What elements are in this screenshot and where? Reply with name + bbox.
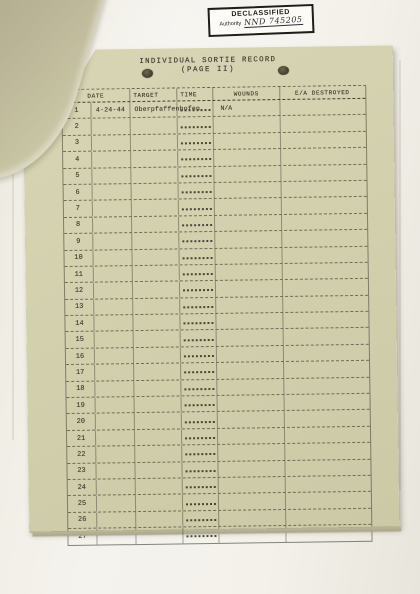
cell-target <box>132 183 179 199</box>
cell-ea <box>281 132 365 149</box>
cell-time <box>180 298 216 314</box>
cell-ea <box>282 246 366 263</box>
cell-time <box>181 363 217 379</box>
cell-target <box>135 413 182 429</box>
column-header: TIME <box>177 88 213 101</box>
cell-time <box>183 511 219 527</box>
cell-wounds <box>218 428 285 444</box>
cell-ea <box>282 214 366 231</box>
cell-date <box>96 397 135 413</box>
table-body: 14-24-44OberpfaffenhofenN/A2345678910111… <box>62 99 371 545</box>
cell-target <box>131 151 178 167</box>
cell-target <box>133 265 180 281</box>
cell-time <box>180 281 216 297</box>
ditto-dash-mark <box>181 142 211 144</box>
cell-time <box>179 232 215 248</box>
cell-ea <box>285 459 369 476</box>
cell-wounds <box>215 182 282 198</box>
cell-target <box>136 511 183 527</box>
page-edge-shadow <box>399 60 401 490</box>
cell-date: 4-24-44 <box>91 102 130 118</box>
cell-time <box>183 527 219 543</box>
cell-time <box>179 199 215 215</box>
ditto-dash-mark <box>183 273 213 275</box>
cell-time <box>182 412 218 428</box>
ditto-dash-mark <box>183 289 213 291</box>
ditto-dash-mark <box>184 371 214 373</box>
cell-target <box>132 249 179 265</box>
cell-ea <box>280 99 364 116</box>
cell-num: 22 <box>67 447 96 463</box>
cell-ea <box>286 476 370 493</box>
cell-wounds <box>217 379 284 395</box>
cell-date <box>96 463 135 479</box>
cell-wounds <box>215 231 282 247</box>
cell-wounds <box>219 526 286 542</box>
cell-ea <box>283 296 367 313</box>
cell-num: 20 <box>67 414 96 430</box>
ditto-dash-mark <box>184 388 214 390</box>
cell-num: 26 <box>68 512 97 528</box>
cell-date <box>94 266 133 282</box>
column-header: WOUNDS <box>213 87 280 100</box>
cell-date <box>96 430 135 446</box>
cell-target <box>133 282 180 298</box>
cell-num: 13 <box>65 299 94 315</box>
ditto-dash-mark <box>186 535 216 537</box>
cell-ea <box>285 410 369 427</box>
cell-wounds <box>218 444 285 460</box>
cell-num: 14 <box>65 316 94 332</box>
cell-target <box>134 364 181 380</box>
cell-date <box>95 364 134 380</box>
cell-target <box>135 462 182 478</box>
cell-ea <box>283 279 367 296</box>
table-row: 27 <box>68 525 371 545</box>
cell-wounds <box>219 477 286 493</box>
cell-time <box>180 314 216 330</box>
cell-date <box>97 528 136 544</box>
backing-crease <box>12 140 14 440</box>
cell-ea <box>282 230 366 247</box>
cell-date <box>93 184 132 200</box>
cell-num: 16 <box>66 348 95 364</box>
cell-date <box>93 233 132 249</box>
ditto-dash-mark <box>185 437 215 439</box>
cell-ea <box>281 164 365 181</box>
ditto-dash-mark <box>182 240 212 242</box>
cell-date <box>95 381 134 397</box>
cell-wounds <box>216 280 283 296</box>
cell-num: 2 <box>63 119 92 135</box>
cell-ea <box>285 443 369 460</box>
cell-wounds <box>217 362 284 378</box>
cell-num: 17 <box>66 365 95 381</box>
cell-num: 15 <box>66 332 95 348</box>
cell-time <box>178 134 214 150</box>
ditto-dash-mark <box>183 306 213 308</box>
cell-target <box>133 315 180 331</box>
cell-num: 11 <box>65 267 94 283</box>
cell-target <box>135 446 182 462</box>
cell-num: 4 <box>63 152 92 168</box>
cell-ea <box>281 115 365 132</box>
cell-date <box>97 512 136 528</box>
cell-num: 3 <box>63 135 92 151</box>
cell-time <box>181 380 217 396</box>
cell-num: 24 <box>68 480 97 496</box>
cell-wounds <box>215 248 282 264</box>
cell-time <box>181 347 217 363</box>
cell-wounds <box>218 461 285 477</box>
cell-ea <box>282 181 366 198</box>
sortie-record-table: DATETARGETTIMEWOUNDSE/A DESTROYED 14-24-… <box>61 85 372 546</box>
cell-time <box>179 183 215 199</box>
cell-wounds <box>218 395 285 411</box>
ditto-dash-mark <box>185 421 215 423</box>
cell-num: 7 <box>64 201 93 217</box>
authority-label: Authority <box>219 21 241 28</box>
ditto-dash-mark <box>186 503 216 505</box>
ditto-dash-mark <box>181 158 211 160</box>
cell-ea <box>286 509 370 526</box>
cell-target <box>132 216 179 232</box>
ditto-dash-mark <box>184 339 214 341</box>
cell-time <box>178 167 214 183</box>
ditto-dash-mark <box>183 322 213 324</box>
sortie-record-page: INDIVIDUAL SORTIE RECORD (PAGE II) DATET… <box>23 45 400 531</box>
cell-wounds <box>219 493 286 509</box>
cell-time <box>183 478 219 494</box>
cell-time <box>181 330 217 346</box>
ditto-dash-mark <box>183 257 213 259</box>
cell-target <box>134 331 181 347</box>
cell-date <box>93 200 132 216</box>
ditto-dash-mark <box>182 224 212 226</box>
cell-date <box>92 151 131 167</box>
cell-wounds <box>216 264 283 280</box>
cell-num: 27 <box>68 529 97 545</box>
cell-ea <box>286 525 370 542</box>
column-header: TARGET <box>130 88 177 101</box>
cell-date <box>96 446 135 462</box>
cell-wounds <box>217 346 284 362</box>
authority-number-handwritten: NND 745205 <box>244 16 303 28</box>
cell-target <box>132 233 179 249</box>
cell-wounds <box>214 149 281 165</box>
cell-time <box>182 396 218 412</box>
cell-num: 25 <box>68 496 97 512</box>
ditto-dash-mark <box>181 126 211 128</box>
cell-ea <box>284 345 368 362</box>
ditto-dash-mark <box>186 470 216 472</box>
ditto-dash-mark <box>186 486 216 488</box>
cell-date <box>94 299 133 315</box>
cell-date <box>95 332 134 348</box>
cell-ea <box>284 377 368 394</box>
cell-wounds <box>216 313 283 329</box>
cell-wounds <box>216 297 283 313</box>
cell-num: 19 <box>67 398 96 414</box>
ditto-dash-mark <box>182 208 212 210</box>
cell-ea <box>283 312 367 329</box>
ditto-dash-mark <box>186 519 216 521</box>
cell-target <box>133 298 180 314</box>
cell-target <box>136 495 183 511</box>
cell-ea <box>283 263 367 280</box>
cell-date <box>92 118 131 134</box>
ditto-dash-mark <box>184 355 214 357</box>
cell-date <box>94 315 133 331</box>
cell-date <box>96 413 135 429</box>
cell-ea <box>284 361 368 378</box>
cell-date <box>97 479 136 495</box>
cell-wounds <box>217 329 284 345</box>
cell-wounds <box>214 133 281 149</box>
cell-time <box>178 150 214 166</box>
cell-time <box>182 429 218 445</box>
cell-target <box>134 347 181 363</box>
ditto-dash-mark <box>182 191 212 193</box>
ditto-dash-mark <box>185 453 215 455</box>
declassified-stamp: DECLASSIFIED Authority NND 745205 <box>207 4 314 37</box>
cell-num: 18 <box>66 381 95 397</box>
cell-target: Oberpfaffenhofen <box>130 101 177 117</box>
cell-ea <box>281 148 365 165</box>
scanned-document-scene: INDIVIDUAL SORTIE RECORD (PAGE II) DATET… <box>0 0 420 594</box>
cell-wounds: N/A <box>213 100 280 116</box>
cell-date <box>93 250 132 266</box>
cell-target <box>136 528 183 544</box>
cell-target <box>136 478 183 494</box>
cell-ea <box>282 197 366 214</box>
cell-wounds <box>215 198 282 214</box>
cell-time <box>182 445 218 461</box>
cell-time <box>179 216 215 232</box>
cell-date <box>94 282 133 298</box>
cell-wounds <box>215 215 282 231</box>
cell-wounds <box>214 116 281 132</box>
cell-ea <box>285 427 369 444</box>
cell-date <box>97 495 136 511</box>
ditto-dash-mark <box>181 175 211 177</box>
cell-wounds <box>219 510 286 526</box>
cell-time <box>182 462 218 478</box>
cell-num: 12 <box>65 283 94 299</box>
cell-target <box>131 167 178 183</box>
cell-target <box>135 396 182 412</box>
cell-num: 5 <box>63 168 92 184</box>
cell-ea <box>284 328 368 345</box>
cell-time <box>180 265 216 281</box>
cell-num: 6 <box>64 185 93 201</box>
cell-ea <box>284 394 368 411</box>
cell-num: 8 <box>64 217 93 233</box>
cell-time <box>183 494 219 510</box>
cell-num: 9 <box>64 234 93 250</box>
cell-time <box>178 117 214 133</box>
cell-date <box>93 217 132 233</box>
cell-date <box>95 348 134 364</box>
cell-target <box>131 118 178 134</box>
cell-target <box>132 200 179 216</box>
cell-date <box>92 135 131 151</box>
cell-wounds <box>214 166 281 182</box>
cell-target <box>135 429 182 445</box>
cell-ea <box>286 492 370 509</box>
cell-num: 21 <box>67 430 96 446</box>
cell-wounds <box>218 411 285 427</box>
cell-time <box>179 248 215 264</box>
cell-date <box>92 168 131 184</box>
cell-num: 10 <box>64 250 93 266</box>
cell-target <box>134 380 181 396</box>
cell-num: 23 <box>67 463 96 479</box>
column-header: E/A DESTROYED <box>280 86 364 99</box>
cell-target <box>131 134 178 150</box>
ditto-dash-mark <box>185 404 215 406</box>
